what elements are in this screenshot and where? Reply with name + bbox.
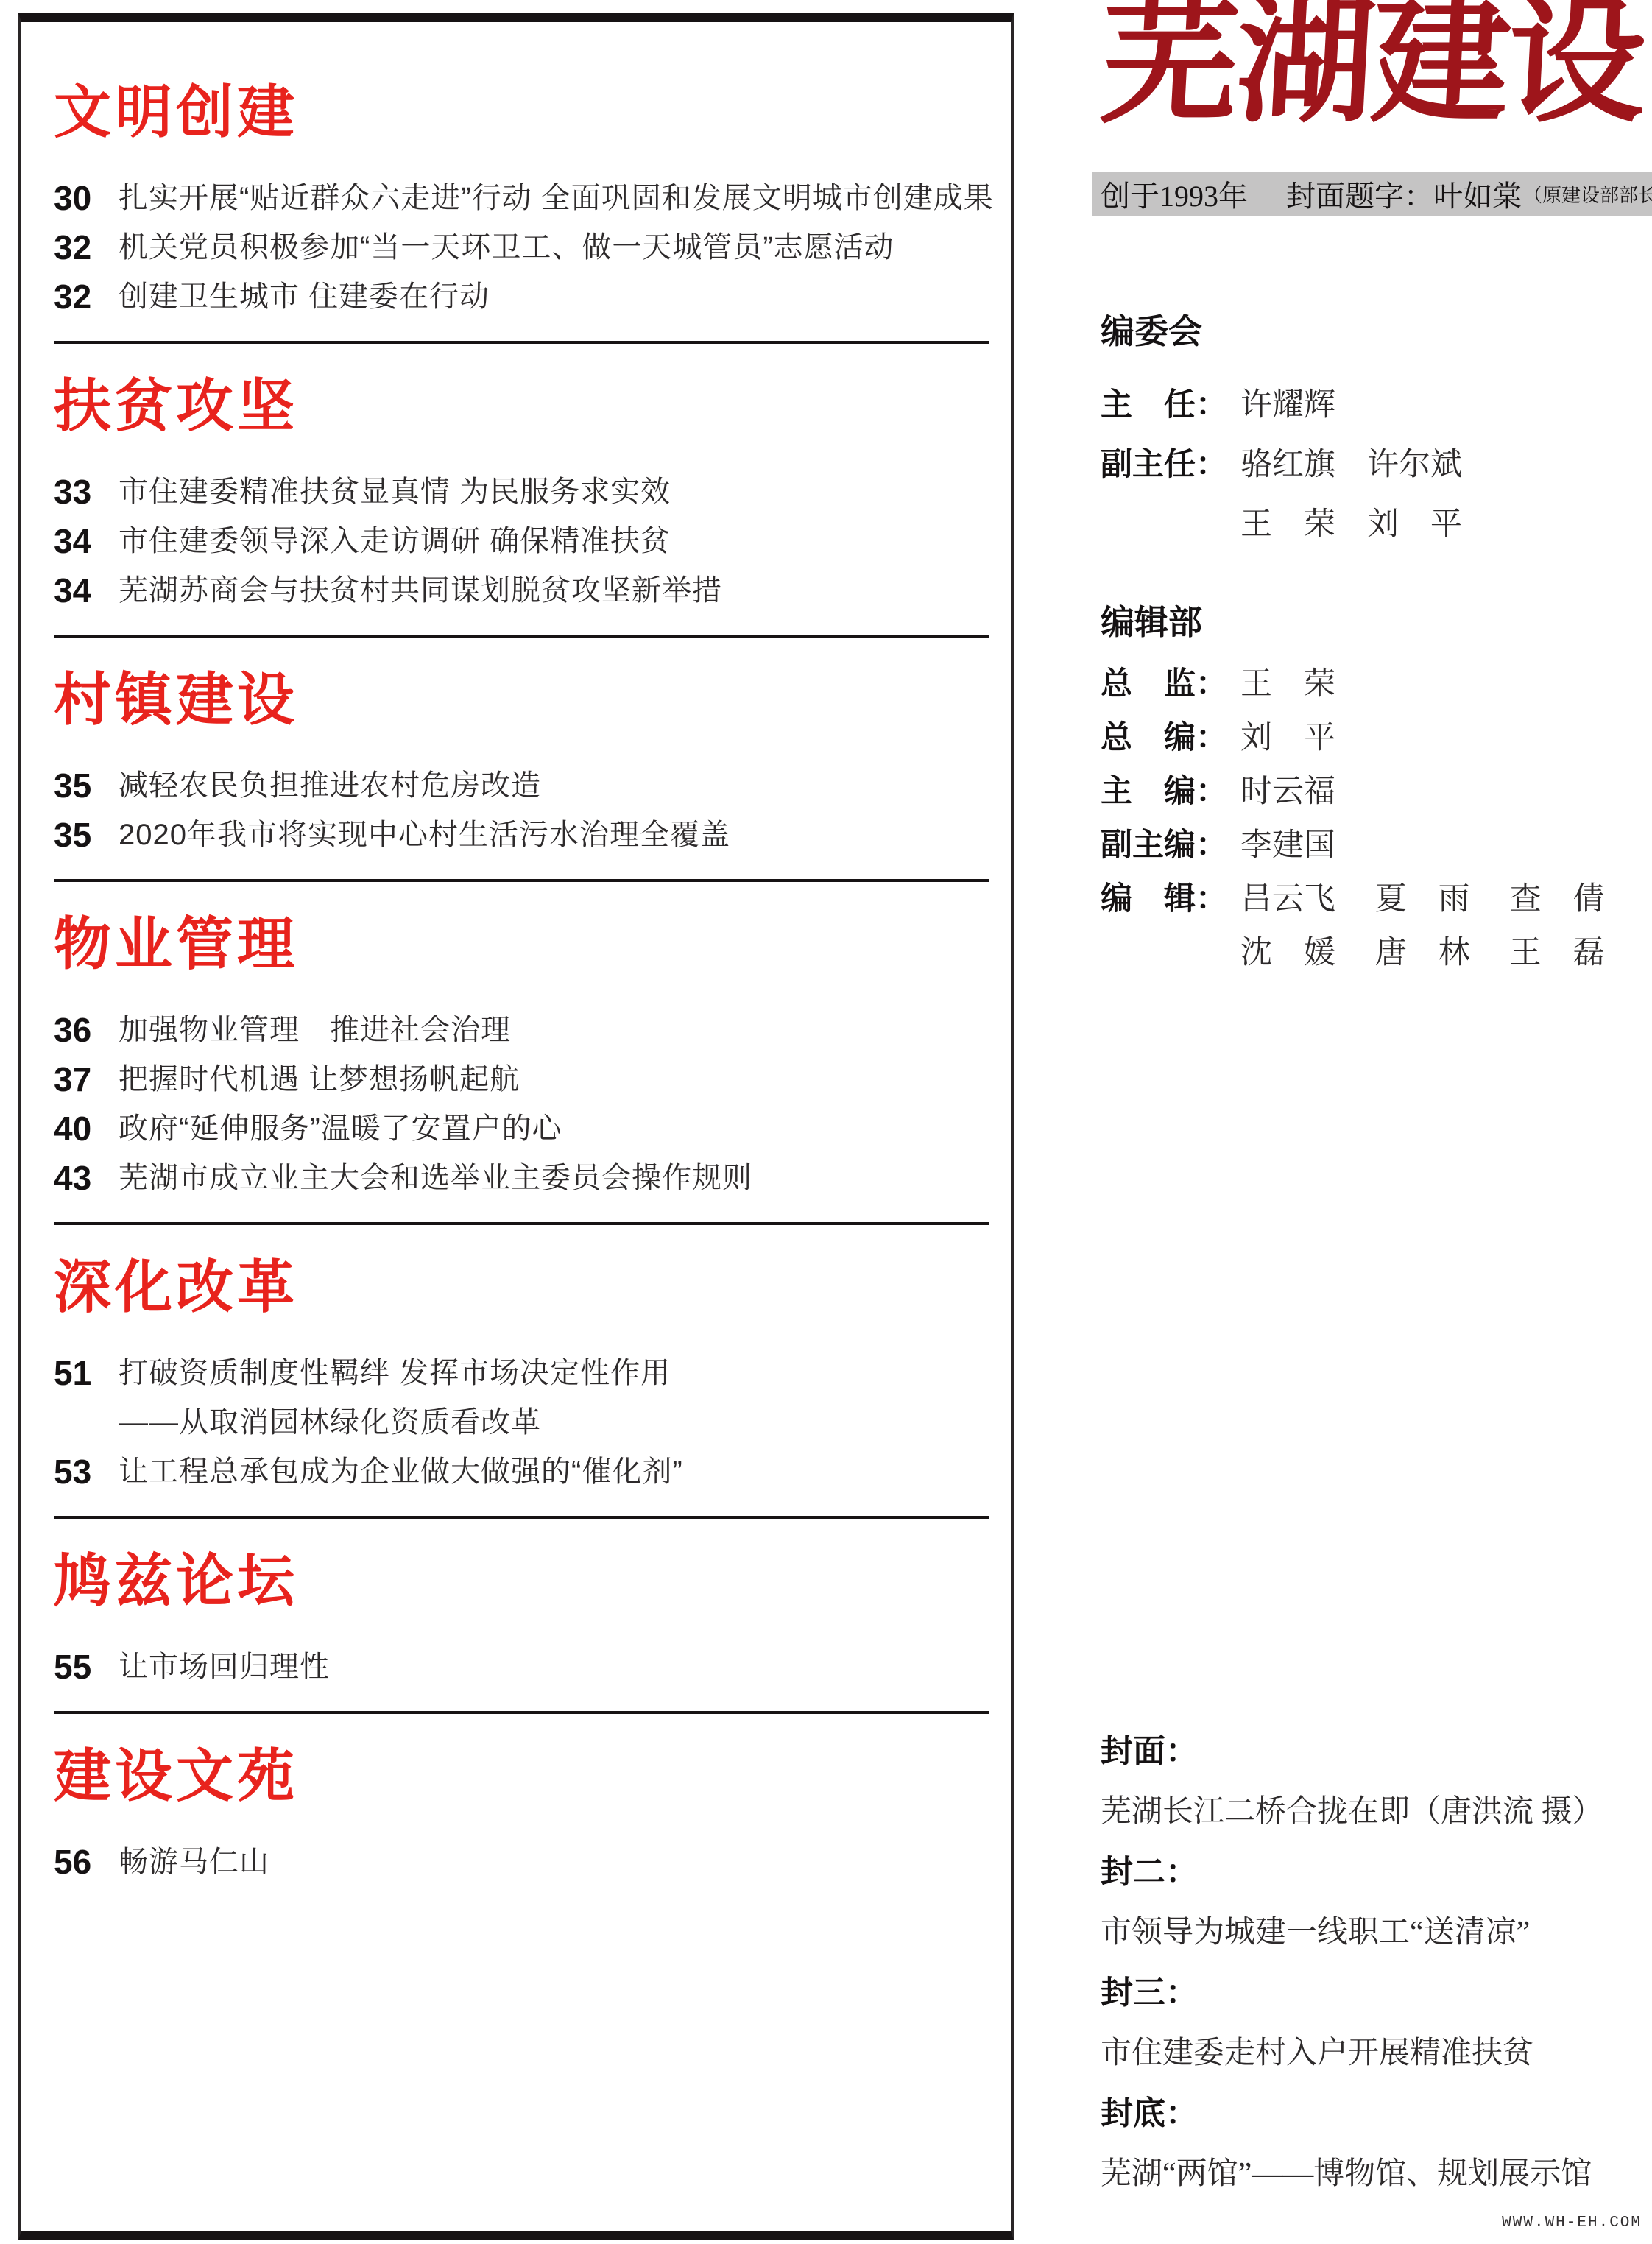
person-names: 许耀辉 <box>1240 388 1335 423</box>
entry-title: 市住建委精准扶贫显真情 为民服务求实效 <box>119 467 671 517</box>
toc-section: 鸠兹论坛55让市场回归理性 <box>54 1553 989 1692</box>
entry-page-number: 53 <box>54 1447 101 1497</box>
cover-label: 封面： <box>1101 1721 1652 1782</box>
entry-page-number: 32 <box>54 223 101 272</box>
cover-descriptions-block: 封面：芜湖长江二桥合拢在即（唐洪流 摄）封二：市领导为城建一线职工“送清凉”封三… <box>1101 1721 1652 2204</box>
entry-page-number: 34 <box>54 517 101 566</box>
person-row: 王 荣 刘 平 <box>1101 495 1645 554</box>
person-names: 沈 媛 唐 林 王 磊 <box>1240 936 1605 970</box>
entry-page-number: 35 <box>54 811 101 860</box>
entry-title: 扎实开展“贴近群众六走进”行动 全面巩固和发展文明城市创建成果 <box>119 174 994 223</box>
role-label: 总 编： <box>1101 711 1240 765</box>
section-title: 鸠兹论坛 <box>54 1553 989 1610</box>
magazine-logo-calligraphy: 芜湖建设 <box>1088 0 1652 139</box>
toc-section: 建设文苑56畅游马仁山 <box>54 1748 989 1887</box>
cover-label: 封底： <box>1101 2084 1652 2144</box>
section-title: 建设文苑 <box>54 1748 989 1805</box>
toc-entry: 30扎实开展“贴近群众六走进”行动 全面巩固和发展文明城市创建成果 <box>54 174 989 223</box>
entry-page-number: 30 <box>54 174 101 223</box>
toc-entry: 32创建卫生城市 住建委在行动 <box>54 272 989 322</box>
toc-entry: 32机关党员积极参加“当一天环卫工、做一天城管员”志愿活动 <box>54 223 989 272</box>
toc-entry: 37把握时代机遇 让梦想扬帆起航 <box>54 1055 989 1104</box>
person-row: 总 监：王 荣 <box>1101 657 1645 711</box>
toc-section: 物业管理36加强物业管理 推进社会治理37把握时代机遇 让梦想扬帆起航40政府“… <box>54 916 989 1203</box>
entry-page-number: 35 <box>54 761 101 811</box>
cover-description: 芜湖“两馆”——博物馆、规划展示馆 <box>1101 2144 1652 2204</box>
toc-entry: 35减轻农民负担推进农村危房改造 <box>54 761 989 811</box>
person-row: 主 任：许耀辉 <box>1101 375 1645 435</box>
section-title: 扶贫攻坚 <box>54 378 989 435</box>
toc-entry: 55让市场回归理性 <box>54 1643 989 1692</box>
section-title: 文明创建 <box>54 84 989 141</box>
editorial-title: 编辑部 <box>1101 604 1645 641</box>
person-row: 总 编：刘 平 <box>1101 711 1645 765</box>
toc-entry: 36加强物业管理 推进社会治理 <box>54 1006 989 1055</box>
entry-page-number: 33 <box>54 467 101 517</box>
person-names: 王 荣 <box>1240 667 1335 702</box>
section-divider <box>54 1222 989 1225</box>
editorial-department-block: 编辑部 总 监：王 荣总 编：刘 平主 编：时云福副主编：李建国编 辑：吕云飞 … <box>1101 604 1645 980</box>
cover-label: 封三： <box>1101 1963 1652 2023</box>
cover-description: 芜湖长江二桥合拢在即（唐洪流 摄） <box>1101 1782 1652 1842</box>
section-divider <box>54 879 989 882</box>
entry-title: 减轻农民负担推进农村危房改造 <box>119 761 541 811</box>
entry-page-number: 40 <box>54 1104 101 1154</box>
entry-title: 芜湖苏商会与扶贫村共同谋划脱贫攻坚新举措 <box>119 566 722 615</box>
toc-entry: 51打破资质制度性羁绊 发挥市场决定性作用 <box>54 1349 989 1398</box>
role-label: 主 编： <box>1101 765 1240 819</box>
toc-entry: 33市住建委精准扶贫显真情 为民服务求实效 <box>54 467 989 517</box>
person-names: 骆红旗 许尔斌 <box>1240 448 1462 482</box>
entry-title: 畅游马仁山 <box>119 1838 269 1887</box>
role-label: 编 辑： <box>1101 872 1240 926</box>
editorial-rows: 总 监：王 荣总 编：刘 平主 编：时云福副主编：李建国编 辑：吕云飞 夏 雨 … <box>1101 657 1645 980</box>
person-names: 王 荣 刘 平 <box>1240 507 1462 542</box>
founded-year-text: 创于1993年 <box>1101 173 1248 215</box>
person-row: 沈 媛 唐 林 王 磊 <box>1101 926 1645 980</box>
person-names: 时云福 <box>1240 775 1335 809</box>
toc-entry: 34市住建委领导深入走访调研 确保精准扶贫 <box>54 517 989 566</box>
masthead-column: 芜湖建设 创于1993年 封面题字：叶如棠 （原建设部部长） 编委会 主 任：许… <box>1092 0 1652 2244</box>
entry-title: 创建卫生城市 住建委在行动 <box>119 272 490 322</box>
role-label: 主 任： <box>1101 375 1240 434</box>
person-row: 主 编：时云福 <box>1101 765 1645 819</box>
section-title: 物业管理 <box>54 916 989 973</box>
entry-title: 加强物业管理 推进社会治理 <box>119 1006 511 1055</box>
toc-entry: 34芜湖苏商会与扶贫村共同谋划脱贫攻坚新举措 <box>54 566 989 615</box>
website-url: WWW.WH-EH.COM <box>1502 2215 1642 2231</box>
section-divider <box>54 1711 989 1714</box>
editorial-committee-block: 编委会 主 任：许耀辉副主任：骆红旗 许尔斌王 荣 刘 平 <box>1101 313 1645 554</box>
entry-title: 市住建委领导深入走访调研 确保精准扶贫 <box>119 517 671 566</box>
entry-page-number: 34 <box>54 566 101 615</box>
person-row: 编 辑：吕云飞 夏 雨 查 倩 <box>1101 872 1645 926</box>
cover-calligraphy-credit: 封面题字：叶如棠 <box>1286 173 1522 215</box>
person-names: 刘 平 <box>1240 721 1335 755</box>
entry-title: 芜湖市成立业主大会和选举业主委员会操作规则 <box>119 1154 752 1203</box>
toc-entry: 352020年我市将实现中心村生活污水治理全覆盖 <box>54 811 989 860</box>
toc-entry: 53让工程总承包成为企业做大做强的“催化剂” <box>54 1447 989 1497</box>
entry-title: 让市场回归理性 <box>119 1643 330 1692</box>
person-row: 副主任：骆红旗 许尔斌 <box>1101 435 1645 495</box>
person-names: 吕云飞 夏 雨 查 倩 <box>1240 882 1605 917</box>
entry-page-number: 36 <box>54 1006 101 1055</box>
role-label: 总 监： <box>1101 657 1240 711</box>
toc-entry: 43芜湖市成立业主大会和选举业主委员会操作规则 <box>54 1154 989 1203</box>
toc-section: 村镇建设35减轻农民负担推进农村危房改造352020年我市将实现中心村生活污水治… <box>54 671 989 860</box>
toc-section: 深化改革51打破资质制度性羁绊 发挥市场决定性作用——从取消园林绿化资质看改革5… <box>54 1259 989 1497</box>
person-names: 李建国 <box>1240 828 1335 863</box>
entry-title: 让工程总承包成为企业做大做强的“催化剂” <box>119 1447 683 1497</box>
committee-title: 编委会 <box>1101 313 1645 350</box>
entry-title: 2020年我市将实现中心村生活污水治理全覆盖 <box>119 811 730 860</box>
toc-entry: 40政府“延伸服务”温暖了安置户的心 <box>54 1104 989 1154</box>
section-divider <box>54 341 989 344</box>
credit-office-note: （原建设部部长） <box>1523 180 1652 208</box>
entry-page-number: 55 <box>54 1643 101 1692</box>
entry-subtitle: ——从取消园林绿化资质看改革 <box>54 1398 989 1447</box>
cover-label: 封二： <box>1101 1842 1652 1902</box>
toc-entry: 56畅游马仁山 <box>54 1838 989 1887</box>
section-divider <box>54 1516 989 1519</box>
committee-rows: 主 任：许耀辉副主任：骆红旗 许尔斌王 荣 刘 平 <box>1101 375 1645 554</box>
toc-section: 扶贫攻坚33市住建委精准扶贫显真情 为民服务求实效34市住建委领导深入走访调研 … <box>54 378 989 615</box>
section-title: 深化改革 <box>54 1259 989 1316</box>
section-divider <box>54 635 989 638</box>
person-row: 副主编：李建国 <box>1101 819 1645 872</box>
entry-page-number: 43 <box>54 1154 101 1203</box>
cover-description: 市领导为城建一线职工“送清凉” <box>1101 1902 1652 1963</box>
cover-description: 市住建委走村入户开展精准扶贫 <box>1101 2023 1652 2084</box>
entry-title: 政府“延伸服务”温暖了安置户的心 <box>119 1104 562 1154</box>
masthead-tagline-bar: 创于1993年 封面题字：叶如棠 （原建设部部长） <box>1092 172 1652 216</box>
entry-title: 把握时代机遇 让梦想扬帆起航 <box>119 1055 520 1104</box>
entry-page-number: 56 <box>54 1838 101 1887</box>
section-title: 村镇建设 <box>54 671 989 729</box>
entry-page-number: 32 <box>54 272 101 322</box>
role-label: 副主任： <box>1101 435 1240 494</box>
entry-title: 机关党员积极参加“当一天环卫工、做一天城管员”志愿活动 <box>119 223 894 272</box>
table-of-contents: 文明创建30扎实开展“贴近群众六走进”行动 全面巩固和发展文明城市创建成果32机… <box>18 13 1014 2240</box>
role-label: 副主编： <box>1101 819 1240 872</box>
toc-section: 文明创建30扎实开展“贴近群众六走进”行动 全面巩固和发展文明城市创建成果32机… <box>54 84 989 322</box>
entry-page-number: 51 <box>54 1349 101 1398</box>
entry-title: 打破资质制度性羁绊 发挥市场决定性作用 <box>119 1349 671 1398</box>
entry-page-number: 37 <box>54 1055 101 1104</box>
